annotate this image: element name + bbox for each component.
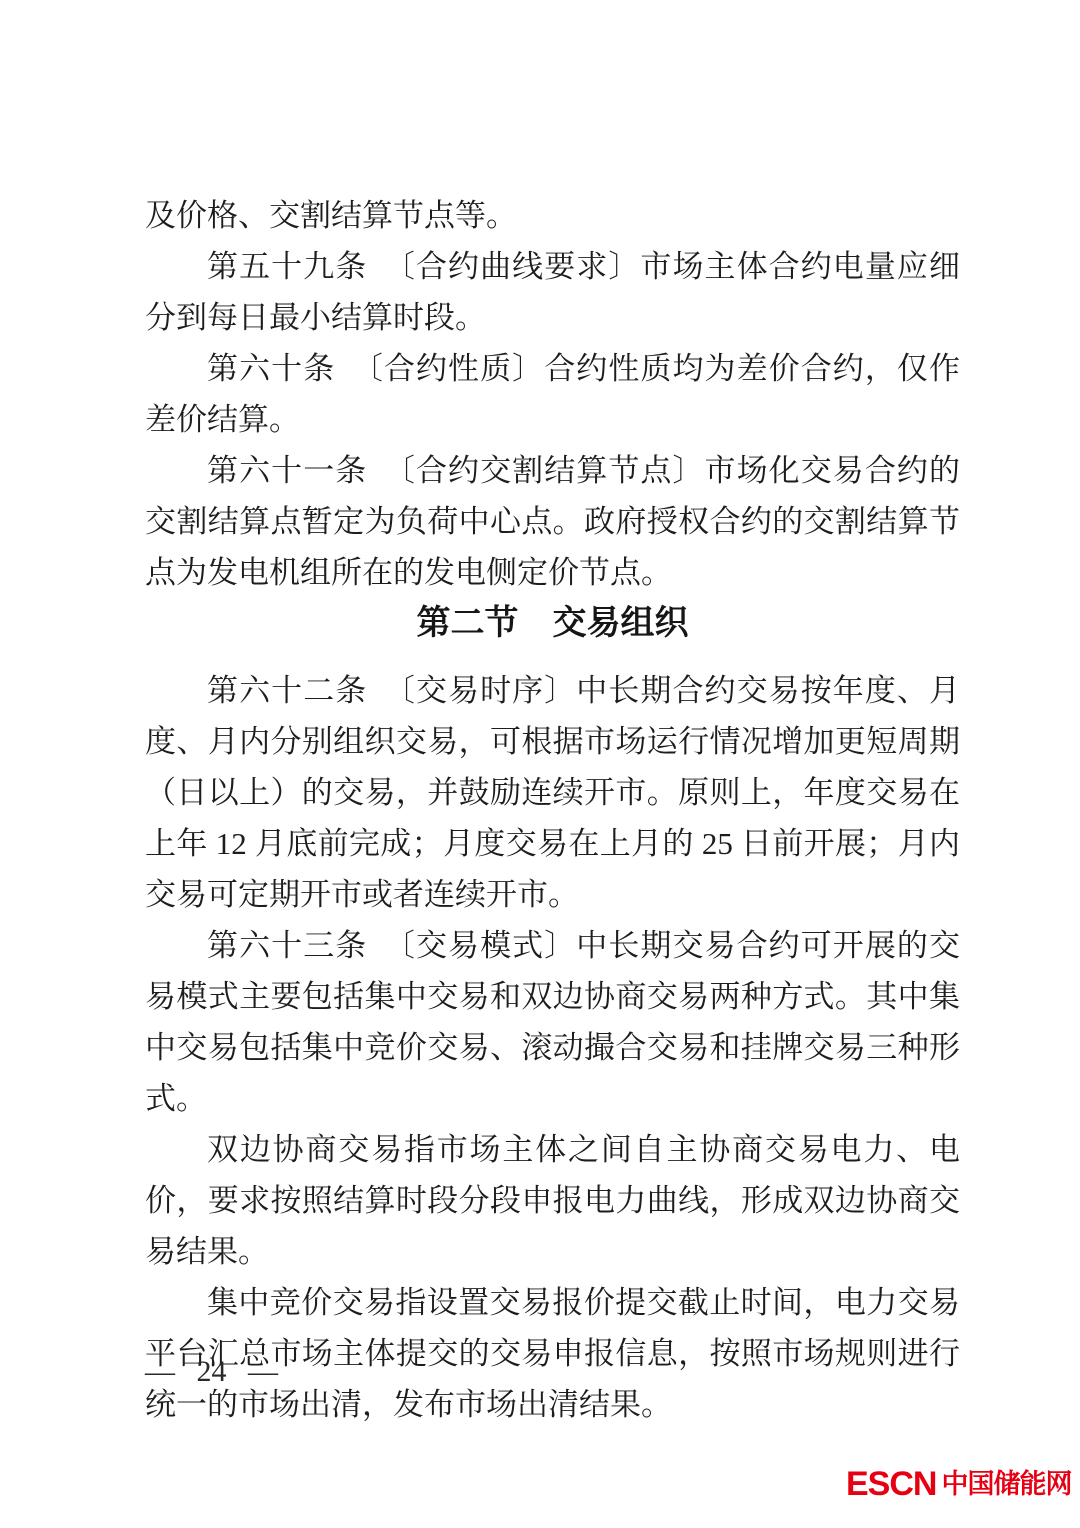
paragraph-continuation: 及价格、交割结算节点等。: [145, 190, 960, 241]
paragraph-article-61: 第六十一条 〔合约交割结算节点〕市场化交易合约的交割结算点暂定为负荷中心点。政府…: [145, 445, 960, 598]
document-body: 及价格、交割结算节点等。 第五十九条 〔合约曲线要求〕市场主体合约电量应细分到每…: [145, 190, 960, 1430]
document-page: 及价格、交割结算节点等。 第五十九条 〔合约曲线要求〕市场主体合约电量应细分到每…: [0, 0, 1080, 1528]
section-heading: 第二节 交易组织: [145, 598, 960, 649]
paragraph-article-63: 第六十三条 〔交易模式〕中长期交易合约可开展的交易模式主要包括集中交易和双边协商…: [145, 920, 960, 1124]
page-number: — 24 —: [145, 1352, 278, 1392]
escn-logo-latin: ESCN: [846, 1467, 936, 1501]
paragraph-article-59: 第五十九条 〔合约曲线要求〕市场主体合约电量应细分到每日最小结算时段。: [145, 241, 960, 343]
paragraph-article-62: 第六十二条 〔交易时序〕中长期合约交易按年度、月度、月内分别组织交易，可根据市场…: [145, 665, 960, 920]
paragraph-article-60: 第六十条 〔合约性质〕合约性质均为差价合约，仅作差价结算。: [145, 343, 960, 445]
paragraph-bilateral-trade: 双边协商交易指市场主体之间自主协商交易电力、电价，要求按照结算时段分段申报电力曲…: [145, 1124, 960, 1277]
escn-logo: ESCN 中国储能网: [846, 1466, 1071, 1502]
escn-logo-cjk: 中国储能网: [941, 1471, 1071, 1498]
